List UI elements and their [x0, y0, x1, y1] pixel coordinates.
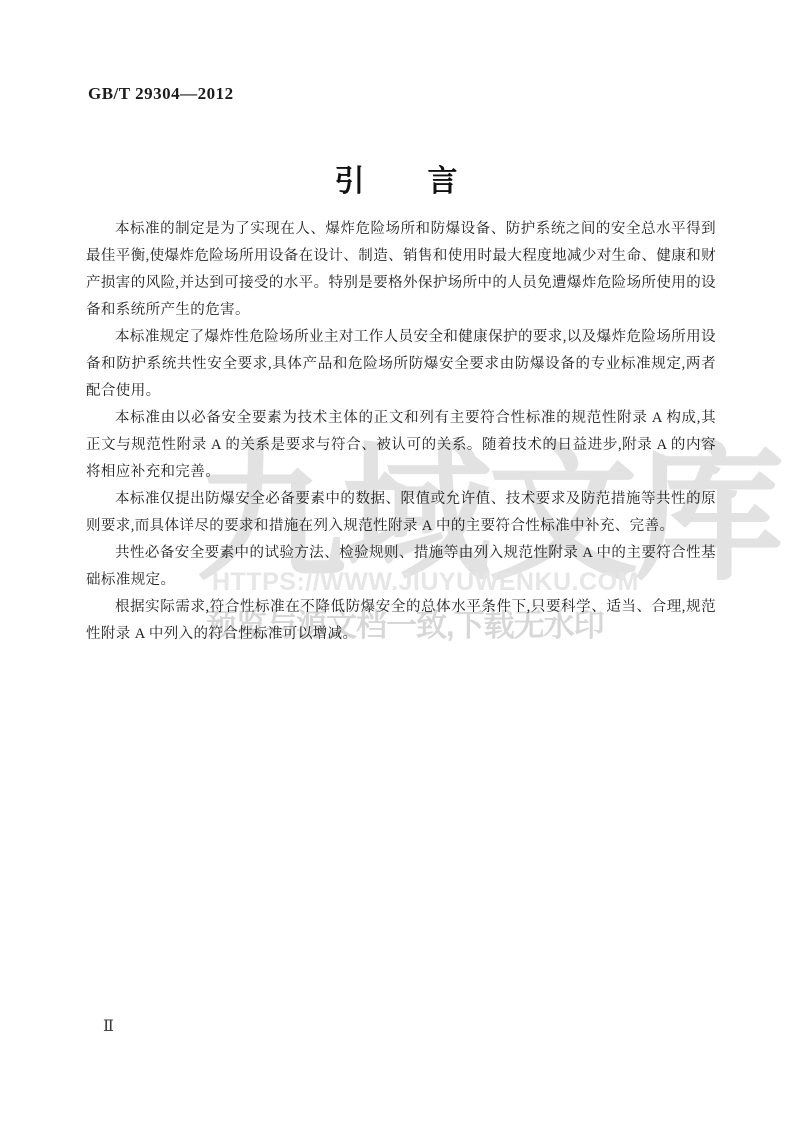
introduction-body: 本标准的制定是为了实现在人、爆炸危险场所和防爆设备、防护系统之间的安全总水平得到…: [86, 216, 716, 648]
page-content: GB/T 29304—2012 引 言 本标准的制定是为了实现在人、爆炸危险场所…: [0, 0, 793, 1122]
paragraph: 本标准规定了爆炸性危险场所业主对工作人员安全和健康保护的要求,以及爆炸危险场所用…: [86, 324, 716, 405]
standard-number: GB/T 29304—2012: [88, 84, 234, 104]
paragraph: 本标准由以必备安全要素为技术主体的正文和列有主要符合性标准的规范性附录 A 构成…: [86, 405, 716, 486]
paragraph: 本标准仅提出防爆安全必备要素中的数据、限值或允许值、技术要求及防范措施等共性的原…: [86, 486, 716, 540]
paragraph: 根据实际需求,符合性标准在不降低防爆安全的总体水平条件下,只要科学、适当、合理,…: [86, 594, 716, 648]
page-number: Ⅱ: [103, 1016, 114, 1036]
document-page: 九域文库 HTTPS://WWW.JIUYUWENKU.COM 预览与源文档一致…: [0, 0, 793, 1122]
paragraph: 共性必备安全要素中的试验方法、检验规则、措施等由列入规范性附录 A 中的主要符合…: [86, 540, 716, 594]
page-title: 引 言: [0, 156, 793, 200]
paragraph: 本标准的制定是为了实现在人、爆炸危险场所和防爆设备、防护系统之间的安全总水平得到…: [86, 216, 716, 324]
